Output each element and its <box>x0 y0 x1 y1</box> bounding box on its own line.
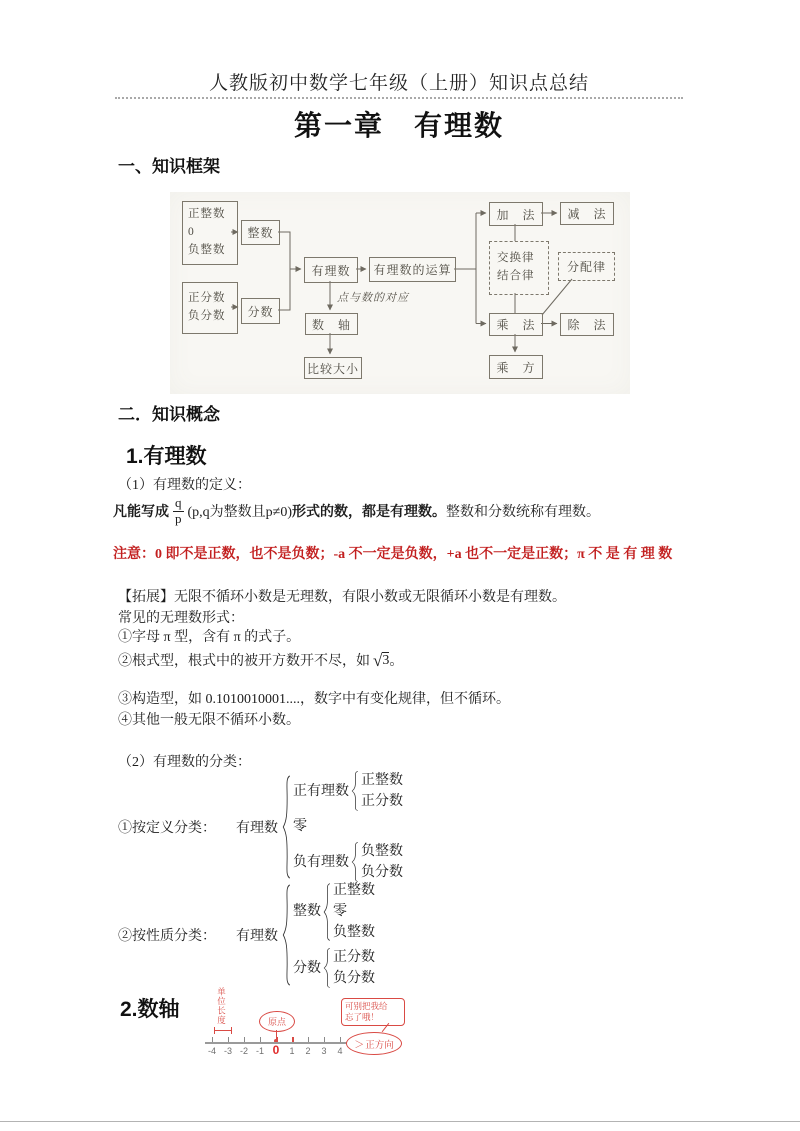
irrational-form-3: ③构造型，如 0.1010010001....，数字中有变化规律，但不循环。 <box>118 688 510 708</box>
rational-definition-line: 凡能写成 q p (p,q为整数且p≠0) 形式的数，都是有理数。 整数和分数统… <box>113 496 600 527</box>
heading-rational-numbers: 1.有理数 <box>126 440 207 470</box>
section-knowledge-concepts-heading: 二．知识概念 <box>118 400 220 425</box>
classification-1-label: ①按定义分类： <box>118 817 216 837</box>
page-bottom-edge <box>0 1121 800 1122</box>
section-knowledge-framework-heading: 一、知识框架 <box>118 152 220 177</box>
integers-label: 整数 <box>293 901 321 922</box>
classification-by-property: ②按性质分类： 有理数 整数 正整数 零 负整数 分数 正分数 负分数 <box>118 878 375 991</box>
definition-tail: 整数和分数统称有理数。 <box>446 501 600 521</box>
definition-bold-main: 形式的数，都是有理数。 <box>292 501 446 521</box>
classification-2-label: ②按性质分类： <box>118 925 216 945</box>
heading-number-axis: 2.数轴 <box>120 993 180 1023</box>
flowchart-box-laws: 交换律 结合律 <box>489 241 549 295</box>
knowledge-framework-diagram: 正整数 0 负整数 整数 正分数 负分数 分数 有理数 有理数的运算 点与数的对… <box>170 192 630 394</box>
number-line-figure: 单位长度 原点 -4 -3 -2 -1 0 1 2 3 4 可别把我给 忘了哦！… <box>195 985 410 1075</box>
irrational-form-2: ②根式型，根式中的被开方数开不尽，如 √ 3 。 <box>118 649 403 671</box>
positive-rational-label: 正有理数 <box>293 781 349 802</box>
sub-brace <box>351 842 359 882</box>
direction-arrow: ＞ <box>354 1036 364 1051</box>
flowchart-box-number-axis: 数 轴 <box>305 313 358 335</box>
tick-label: -2 <box>236 1046 252 1056</box>
tick-label-zero: 0 <box>268 1043 284 1057</box>
flowchart-box-division: 除 法 <box>560 313 614 336</box>
tick-label: 4 <box>332 1046 348 1056</box>
classification-by-definition: ①按定义分类： 有理数 正有理数 正整数 正分数 零 负有理数 负整数 负分数 <box>118 768 403 885</box>
positive-direction-bubble: ＞ 正方向 <box>346 1032 402 1055</box>
negative-rational-label: 负有理数 <box>293 852 349 873</box>
definition-condition: (p,q为整数且p≠0) <box>188 501 293 521</box>
tick-label: -1 <box>252 1046 268 1056</box>
tick-label: 1 <box>284 1046 300 1056</box>
expansion-note: 【拓展】无限不循环小数是无理数，有限小数或无限循环小数是有理数。 <box>118 586 566 606</box>
zero-label: 零 <box>293 816 307 837</box>
warning-note: 注意：0 即不是正数，也不是负数；-a 不一定是负数，+a 也不一定是正数；π … <box>113 543 672 563</box>
reminder-speech-bubble: 可别把我给 忘了哦！ <box>341 998 405 1026</box>
sub-brace <box>323 948 331 988</box>
unit-length-bracket <box>214 1027 232 1034</box>
tick-label: 2 <box>300 1046 316 1056</box>
classification-2-root: 有理数 <box>236 925 278 945</box>
header-divider <box>115 97 683 99</box>
flowchart-box-compare: 比较大小 <box>304 357 362 379</box>
definition-label: （1）有理数的定义： <box>118 474 251 494</box>
chapter-title: 第一章 有理数 <box>115 104 683 144</box>
outer-brace <box>282 884 291 986</box>
flowchart-box-rational: 有理数 <box>304 257 358 283</box>
sub-brace <box>351 771 359 811</box>
document-title: 人教版初中数学七年级（上册）知识点总结 <box>115 68 683 95</box>
flowchart-box-operations: 有理数的运算 <box>369 257 456 282</box>
flowchart-box-subtraction: 减 法 <box>560 202 614 225</box>
flowchart-box-distributive: 分配律 <box>558 252 615 281</box>
tick-label: -4 <box>204 1046 220 1056</box>
fraction-q-over-p: q p <box>173 496 184 527</box>
classification-1-root: 有理数 <box>236 817 278 837</box>
irrational-form-4: ④其他一般无限不循环小数。 <box>118 709 300 729</box>
flowchart-box-integers: 整数 <box>241 220 280 245</box>
tick-label: -3 <box>220 1046 236 1056</box>
radical-sign: √ <box>373 652 382 669</box>
flowchart-box-fractions: 分数 <box>241 298 280 324</box>
definition-bold-lead: 凡能写成 <box>113 501 169 521</box>
flowchart-edge-label-correspondence: 点与数的对应 <box>337 289 409 305</box>
flowchart-box-power: 乘 方 <box>489 355 543 379</box>
irrational-forms-label: 常见的无理数形式： <box>118 607 244 627</box>
irrational-form-1: ①字母 π 型，含有 π 的式子。 <box>118 626 300 646</box>
flowchart-box-multiplication: 乘 法 <box>489 313 543 336</box>
flowchart-box-fraction-kinds: 正分数 负分数 <box>182 282 238 334</box>
sub-brace <box>323 883 331 941</box>
tick-label: 3 <box>316 1046 332 1056</box>
fractions-label: 分数 <box>293 958 321 979</box>
outer-brace <box>282 775 291 879</box>
flowchart-box-addition: 加 法 <box>489 202 543 226</box>
unit-length-label: 单位长度 <box>217 987 226 1025</box>
flowchart-box-integer-kinds: 正整数 0 负整数 <box>182 201 238 265</box>
radicand: 3 <box>382 652 389 668</box>
origin-bubble: 原点 <box>259 1011 295 1032</box>
